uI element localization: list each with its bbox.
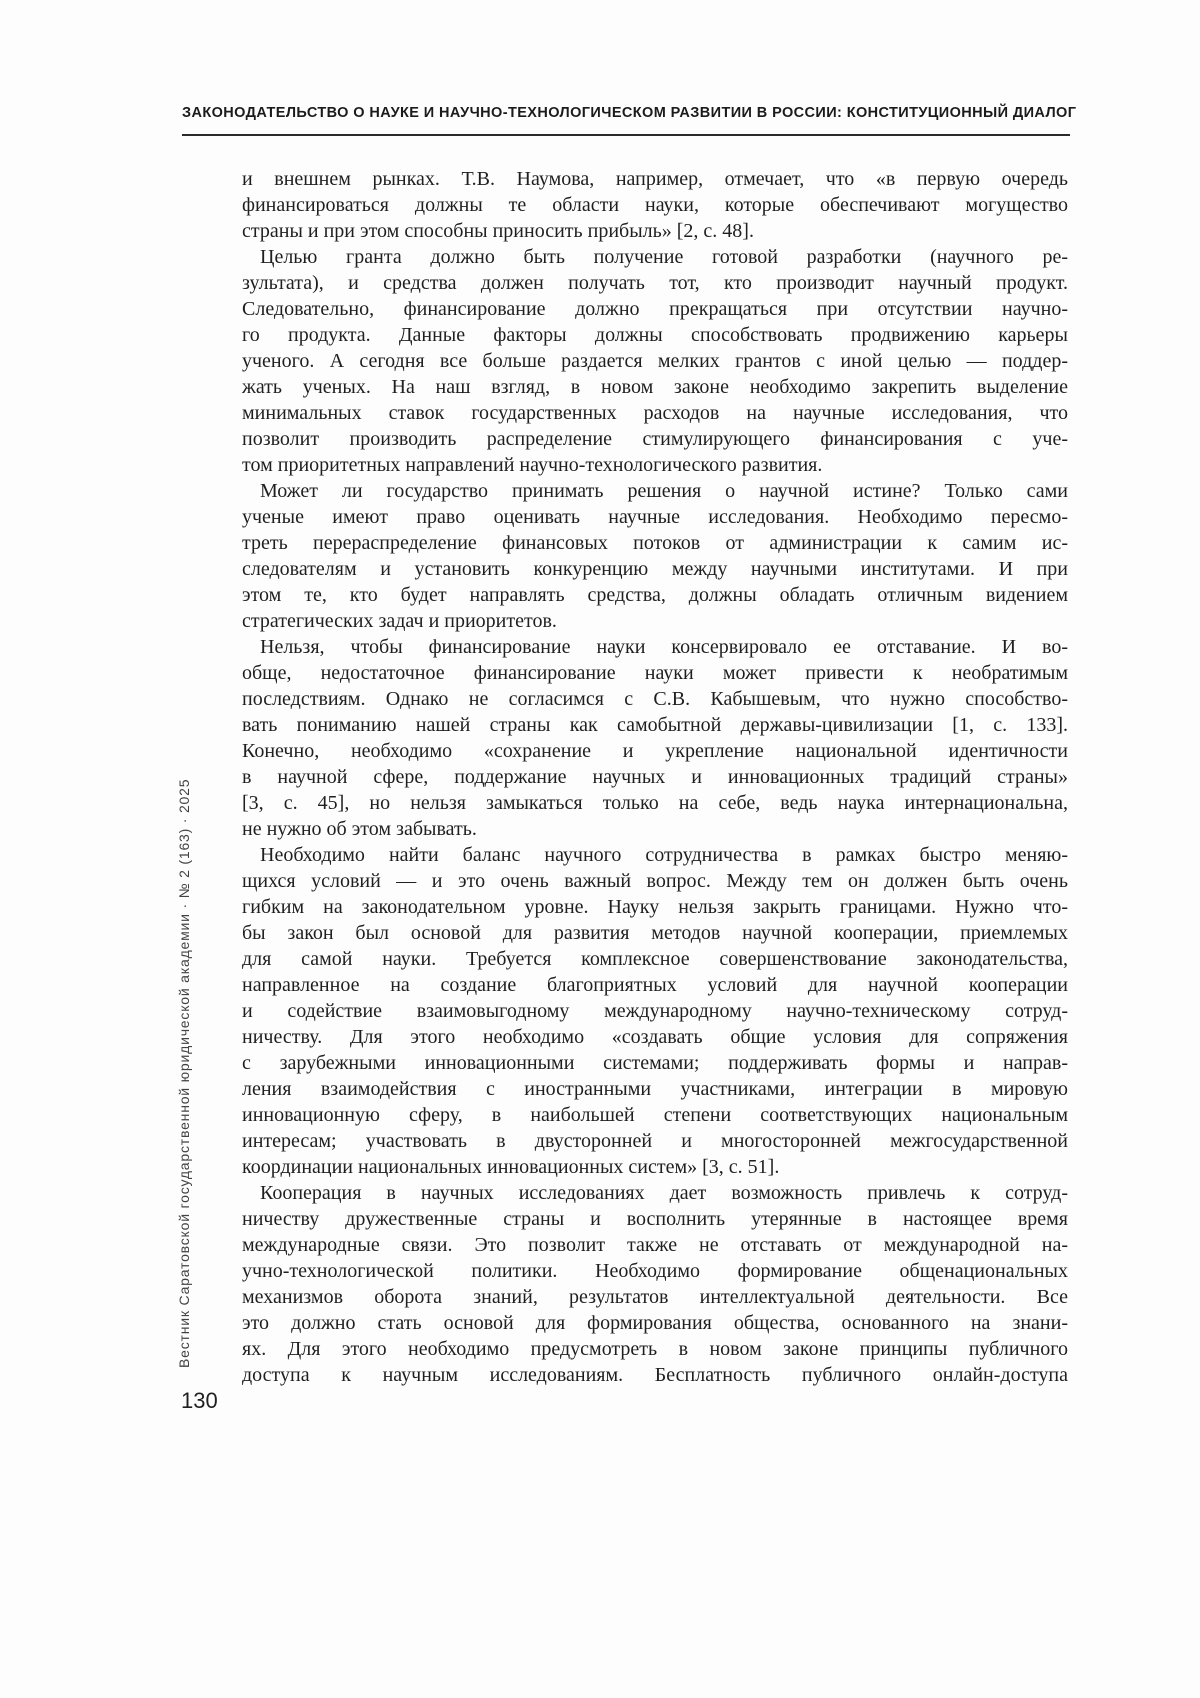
text-line: международные связи. Это позволит также …	[242, 1232, 1068, 1258]
text-line: ученого. А сегодня все больше раздается …	[242, 348, 1068, 374]
text-line: ях. Для этого необходимо предусмотреть в…	[242, 1336, 1068, 1362]
text-line: интересам; участвовать в двусторонней и …	[242, 1128, 1068, 1154]
text-line: Конечно, необходимо «сохранение и укрепл…	[242, 738, 1068, 764]
journal-sidebar-caption: Вестник Саратовской государственной юрид…	[176, 779, 192, 1368]
text-line: ничеству. Для этого необходимо «создават…	[242, 1024, 1068, 1050]
text-line: [3, с. 45], но нельзя замыкаться только …	[242, 790, 1068, 816]
text-line: следователям и установить конкуренцию ме…	[242, 556, 1068, 582]
text-line: треть перераспределение финансовых поток…	[242, 530, 1068, 556]
text-line: жать ученых. На наш взгляд, в новом зако…	[242, 374, 1068, 400]
text-line: этом те, кто будет направлять средства, …	[242, 582, 1068, 608]
text-line: не нужно об этом забывать.	[242, 816, 1068, 842]
text-line: ления взаимодействия с иностранными учас…	[242, 1076, 1068, 1102]
text-line: с зарубежными инновационными системами; …	[242, 1050, 1068, 1076]
text-line: Следовательно, финансирование должно пре…	[242, 296, 1068, 322]
text-line: минимальных ставок государственных расхо…	[242, 400, 1068, 426]
text-line: механизмов оборота знаний, результатов и…	[242, 1284, 1068, 1310]
text-line: и внешнем рынках. Т.В. Наумова, например…	[242, 166, 1068, 192]
text-line: Нельзя, чтобы финансирование науки консе…	[242, 634, 1068, 660]
page-number: 130	[181, 1388, 218, 1414]
text-line: ученые имеют право оценивать научные исс…	[242, 504, 1068, 530]
text-line: гибким на законодательном уровне. Науку …	[242, 894, 1068, 920]
text-line: учно-технологической политики. Необходим…	[242, 1258, 1068, 1284]
text-line: бы закон был основой для развития методо…	[242, 920, 1068, 946]
article-body: и внешнем рынках. Т.В. Наумова, например…	[242, 166, 1068, 1388]
text-line: Необходимо найти баланс научного сотрудн…	[242, 842, 1068, 868]
text-line: Кооперация в научных исследованиях дает …	[242, 1180, 1068, 1206]
text-line: том приоритетных направлений научно-техн…	[242, 452, 1068, 478]
text-line: инновационную сферу, в наибольшей степен…	[242, 1102, 1068, 1128]
paragraph: и внешнем рынках. Т.В. Наумова, например…	[242, 166, 1068, 244]
text-line: для самой науки. Требуется комплексное с…	[242, 946, 1068, 972]
running-head-rule	[182, 134, 1070, 136]
text-line: направленное на создание благоприятных у…	[242, 972, 1068, 998]
text-line: ничеству дружественные страны и восполни…	[242, 1206, 1068, 1232]
text-line: щихся условий — и это очень важный вопро…	[242, 868, 1068, 894]
paragraph: Необходимо найти баланс научного сотрудн…	[242, 842, 1068, 1180]
paragraph: Целью гранта должно быть получение готов…	[242, 244, 1068, 478]
paragraph: Может ли государство принимать решения о…	[242, 478, 1068, 634]
text-line: страны и при этом способны приносить при…	[242, 218, 1068, 244]
text-line: стратегических задач и приоритетов.	[242, 608, 1068, 634]
text-line: Целью гранта должно быть получение готов…	[242, 244, 1068, 270]
text-line: Может ли государство принимать решения о…	[242, 478, 1068, 504]
running-head: ЗАКОНОДАТЕЛЬСТВО О НАУКЕ И НАУЧНО-ТЕХНОЛ…	[182, 105, 1070, 121]
journal-page: ЗАКОНОДАТЕЛЬСТВО О НАУКЕ И НАУЧНО-ТЕХНОЛ…	[0, 0, 1200, 1698]
paragraph: Нельзя, чтобы финансирование науки консе…	[242, 634, 1068, 842]
text-line: финансироваться должны те области науки,…	[242, 192, 1068, 218]
paragraph: Кооперация в научных исследованиях дает …	[242, 1180, 1068, 1388]
text-line: го продукта. Данные факторы должны спосо…	[242, 322, 1068, 348]
text-line: и содействие взаимовыгодному международн…	[242, 998, 1068, 1024]
text-line: обще, недостаточное финансирование науки…	[242, 660, 1068, 686]
text-line: доступа к научным исследованиям. Бесплат…	[242, 1362, 1068, 1388]
text-line: позволит производить распределение стиму…	[242, 426, 1068, 452]
text-line: в научной сфере, поддержание научных и и…	[242, 764, 1068, 790]
text-line: это должно стать основой для формировани…	[242, 1310, 1068, 1336]
text-line: последствиям. Однако не согласимся с С.В…	[242, 686, 1068, 712]
text-line: координации национальных инновационных с…	[242, 1154, 1068, 1180]
text-line: зультата), и средства должен получать то…	[242, 270, 1068, 296]
text-line: вать пониманию нашей страны как самобытн…	[242, 712, 1068, 738]
